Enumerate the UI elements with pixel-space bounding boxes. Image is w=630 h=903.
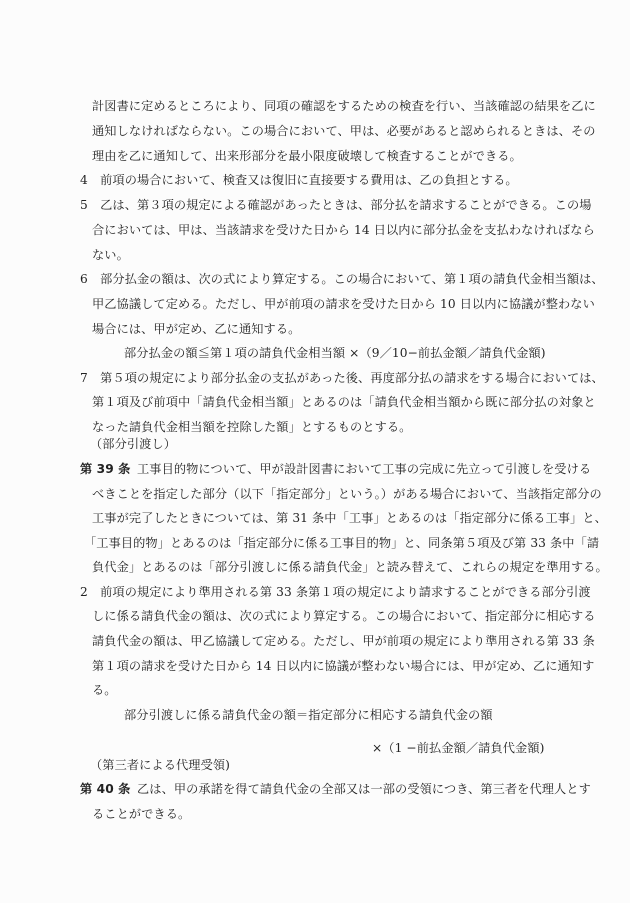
text-line: 場合には、甲が定め、乙に通知する。 xyxy=(92,321,300,337)
article-39-label: 第 39 条 xyxy=(80,461,130,477)
article-40-text: 乙は、甲の承諾を得て請負代金の全部又は一部の受領につき、第三者を代理人とす xyxy=(137,781,591,797)
paragraph-4: 4 前項の場合において、検査又は復旧に直接要する費用は、乙の負担とする。 xyxy=(80,172,518,188)
text-line: 工事が完了したときについては、第 31 条中「工事」とあるのは「指定部分に係る工… xyxy=(92,510,607,526)
formula-partial-delivery-cont: ×（1 −前払金額／請負代金額) xyxy=(372,740,544,756)
text-line: 「工事目的物」とあるのは「指定部分に係る工事目的物」と、同条第５項及び第 33 … xyxy=(84,535,599,551)
article-caption: （第三者による代理受領) xyxy=(90,757,230,773)
formula-partial-delivery: 部分引渡しに係る請負代金の額＝指定部分に相応する請負代金の額 xyxy=(124,707,493,723)
text-line: ることができる。 xyxy=(92,806,190,822)
text-line: 計図書に定めるところにより、同項の確認をするための検査を行い、当該確認の結果を乙… xyxy=(92,98,596,114)
text-line: なった請負代金相当額を控除した額」とするものとする。 xyxy=(92,419,411,435)
document-page: 計図書に定めるところにより、同項の確認をするための検査を行い、当該確認の結果を乙… xyxy=(0,0,630,903)
text-line: 第１項及び前項中「請負代金相当額」とあるのは「請負代金相当額から既に部分払の対象… xyxy=(92,394,596,410)
text-line: 理由を乙に通知して、出来形部分を最小限度破壊して検査することができる。 xyxy=(92,148,522,164)
text-line: る。 xyxy=(92,682,117,698)
text-line: 負代金」とあるのは「部分引渡しに係る請負代金」と読み替えて、これらの規定を準用す… xyxy=(92,559,608,575)
paragraph-6: 6 部分払金の額は、次の式により算定する。この場合において、第１項の請負代金相当… xyxy=(80,271,604,287)
formula-partial-payment: 部分払金の額≦第１項の請負代金相当額 ×（9／10−前払金額／請負代金額) xyxy=(124,345,546,361)
article-caption: （部分引渡し） xyxy=(90,436,176,452)
text-line: 通知しなければならない。この場合において、甲は、必要があると認められるときは、そ… xyxy=(92,123,596,139)
text-line: しに係る請負代金の額は、次の式により算定する。この場合において、指定部分に相応す… xyxy=(92,608,596,624)
text-line: 合においては、甲は、当該請求を受けた日から 14 日以内に部分払金を支払わなけれ… xyxy=(92,222,595,238)
article-40-label: 第 40 条 xyxy=(80,781,130,797)
article-39-text: 工事目的物について、甲が設計図書において工事の完成に先立って引渡しを受ける xyxy=(137,461,591,477)
paragraph-7: 7 第５項の規定により部分払金の支払があった後、再度部分払の請求をする場合におい… xyxy=(80,370,604,386)
text-line: 甲乙協議して定める。ただし、甲が前項の請求を受けた日から 10 日以内に協議が整… xyxy=(92,296,595,312)
text-line: 請負代金の額は、甲乙協議して定める。ただし、甲が前項の規定により準用される第 3… xyxy=(92,633,595,649)
paragraph-5: 5 乙は、第３項の規定による確認があったときは、部分払を請求することができる。こ… xyxy=(80,197,592,213)
text-line: 第１項の請求を受けた日から 14 日以内に協議が整わない場合には、甲が定め、乙に… xyxy=(92,658,594,674)
text-line: ない。 xyxy=(92,247,129,263)
text-line: べきことを指定した部分（以下「指定部分」という。）がある場合において、当該指定部… xyxy=(92,486,602,502)
paragraph-2: 2 前項の規定により準用される第 33 条第１項の規定により請求することができる… xyxy=(80,584,591,600)
